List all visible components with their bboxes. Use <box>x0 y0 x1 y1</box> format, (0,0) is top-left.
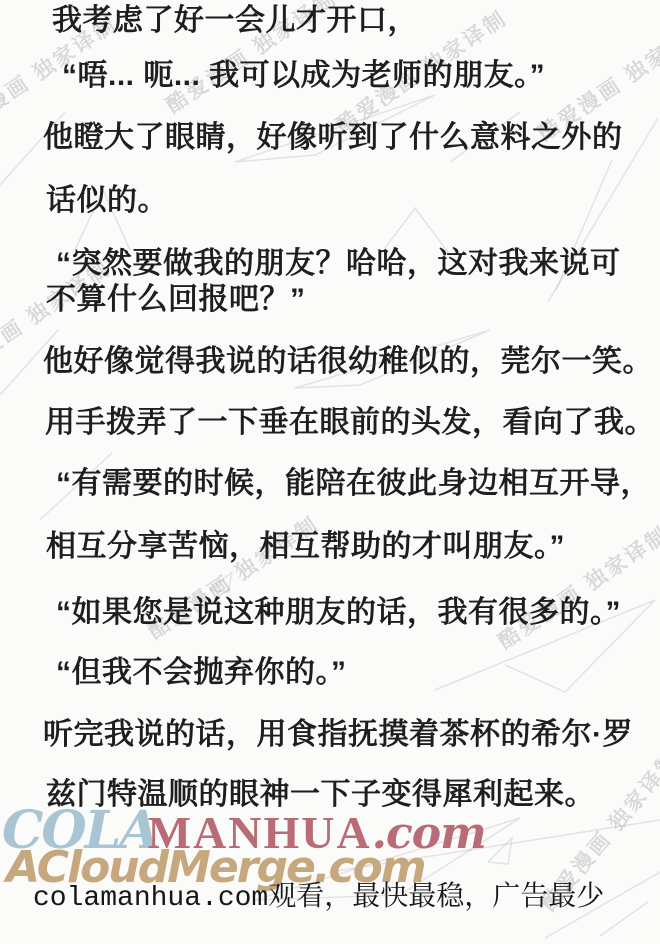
footer-notice: colamanhua.com观看，最快最稳，广告最少 <box>33 874 604 914</box>
story-line-1: 我考虑了好一会儿才开口， <box>52 4 418 37</box>
story-line-7: 他好像觉得我说的话很幼稚似的，莞尔一笑。 <box>43 345 653 378</box>
story-line-13: 听完我说的话，用食指抚摸着茶杯的希尔·罗 <box>43 718 633 751</box>
story-line-9: “有需要的时候，能陪在彼此身边相互开导， <box>56 467 651 500</box>
story-line-11: “如果您是说这种朋友的话，我有很多的。” <box>56 596 621 629</box>
story-line-6: 不算什么回报吧？” <box>46 283 306 316</box>
story-line-10: 相互分享苦恼，相互帮助的才叫朋友。” <box>46 530 565 563</box>
story-line-3: 他瞪大了眼睛，好像听到了什么意料之外的 <box>43 121 623 154</box>
story-text: 我考虑了好一会儿才开口， “唔... 呃... 我可以成为老师的朋友。” 他瞪大… <box>0 0 660 944</box>
story-line-8: 用手拨弄了一下垂在眼前的头发，看向了我。 <box>45 406 655 439</box>
manhua-text-page: 酷爱漫画 独家译制 酷爱漫画 独家译制 酷爱漫画 独家译制 酷爱漫画 独家译制 … <box>0 0 660 944</box>
story-line-12: “但我不会抛弃你的。” <box>56 656 347 689</box>
story-line-2: “唔... 呃... 我可以成为老师的朋友。” <box>62 59 545 92</box>
story-line-4: 话似的。 <box>46 184 168 217</box>
story-line-14: 兹门特温顺的眼神一下子变得犀利起来。 <box>46 778 595 811</box>
story-line-5: “突然要做我的朋友？哈哈，这对我来说可 <box>56 247 621 280</box>
